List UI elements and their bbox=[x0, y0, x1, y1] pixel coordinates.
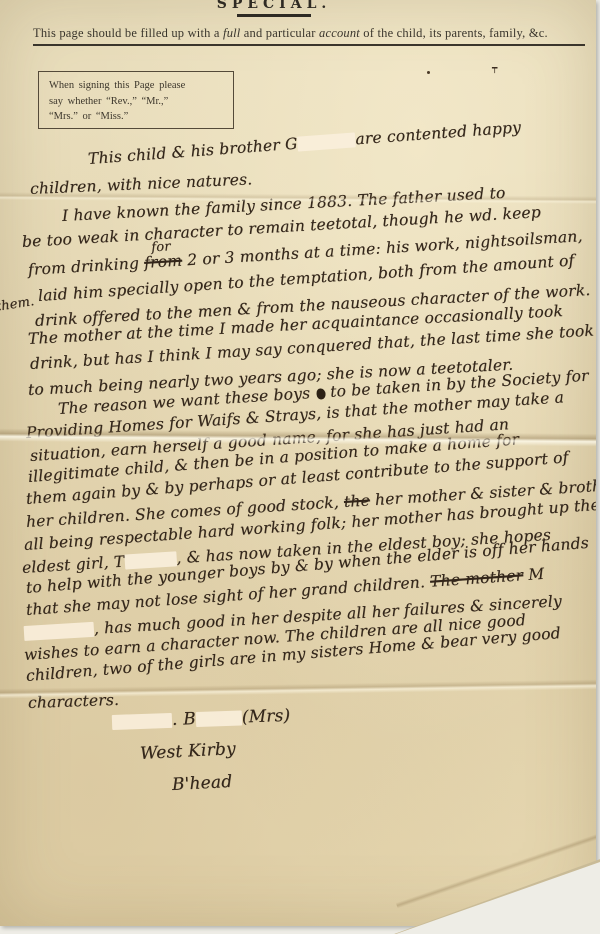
signing-note-line: say whether “Rev.,” “Mr.,” bbox=[49, 94, 227, 110]
ink-dot-mark bbox=[427, 71, 430, 74]
inserted-word: for bbox=[151, 239, 171, 255]
corrected-word: forfrom bbox=[144, 252, 183, 272]
letter-page: SPECIAL. This page should be filled up w… bbox=[0, 0, 596, 926]
signature-place-line: B'head bbox=[171, 772, 232, 795]
handwriting-text: from drinking bbox=[27, 254, 144, 279]
handwriting-text: M bbox=[522, 565, 544, 584]
instruction-text: and particular bbox=[240, 26, 319, 40]
ink-blot bbox=[316, 388, 326, 400]
page-title-text: SPECIAL. bbox=[217, 0, 332, 12]
header-divider bbox=[33, 44, 585, 46]
title-underline bbox=[237, 14, 311, 17]
ink-tick-mark: ┯ bbox=[492, 64, 497, 74]
handwriting-line: children, with nice natures. bbox=[30, 170, 253, 198]
struck-words: The mother bbox=[429, 566, 523, 590]
signature-honorific: (Mrs) bbox=[241, 706, 290, 728]
signing-note-box: When signing this Page please say whethe… bbox=[38, 71, 234, 129]
instruction-emphasis: account bbox=[319, 26, 360, 40]
signature-line: . B(Mrs) bbox=[112, 706, 291, 732]
signature-place-line: West Kirby bbox=[139, 739, 236, 764]
redaction-gap bbox=[112, 713, 172, 730]
instruction-emphasis: full bbox=[223, 26, 240, 40]
signing-note-line: When signing this Page please bbox=[49, 78, 227, 94]
printed-instruction: This page should be filled up with a ful… bbox=[33, 26, 573, 41]
handwriting-text: This child & his brother G bbox=[87, 135, 298, 168]
instruction-text: This page should be filled up with a bbox=[33, 26, 223, 40]
handwriting-text: are contented happy bbox=[355, 118, 522, 148]
signature-name: . B bbox=[172, 709, 197, 730]
handwriting-line: characters. bbox=[28, 691, 120, 712]
struck-word: the bbox=[343, 491, 370, 511]
redaction-gap bbox=[24, 622, 95, 641]
signing-note-line: “Mrs.” or “Miss.” bbox=[49, 109, 227, 125]
redaction-gap bbox=[297, 132, 356, 151]
instruction-text: of the child, its parents, family, &c. bbox=[360, 26, 548, 40]
page-title: SPECIAL. bbox=[0, 0, 548, 12]
margin-note: them. bbox=[0, 294, 35, 315]
redaction-gap bbox=[196, 710, 242, 727]
